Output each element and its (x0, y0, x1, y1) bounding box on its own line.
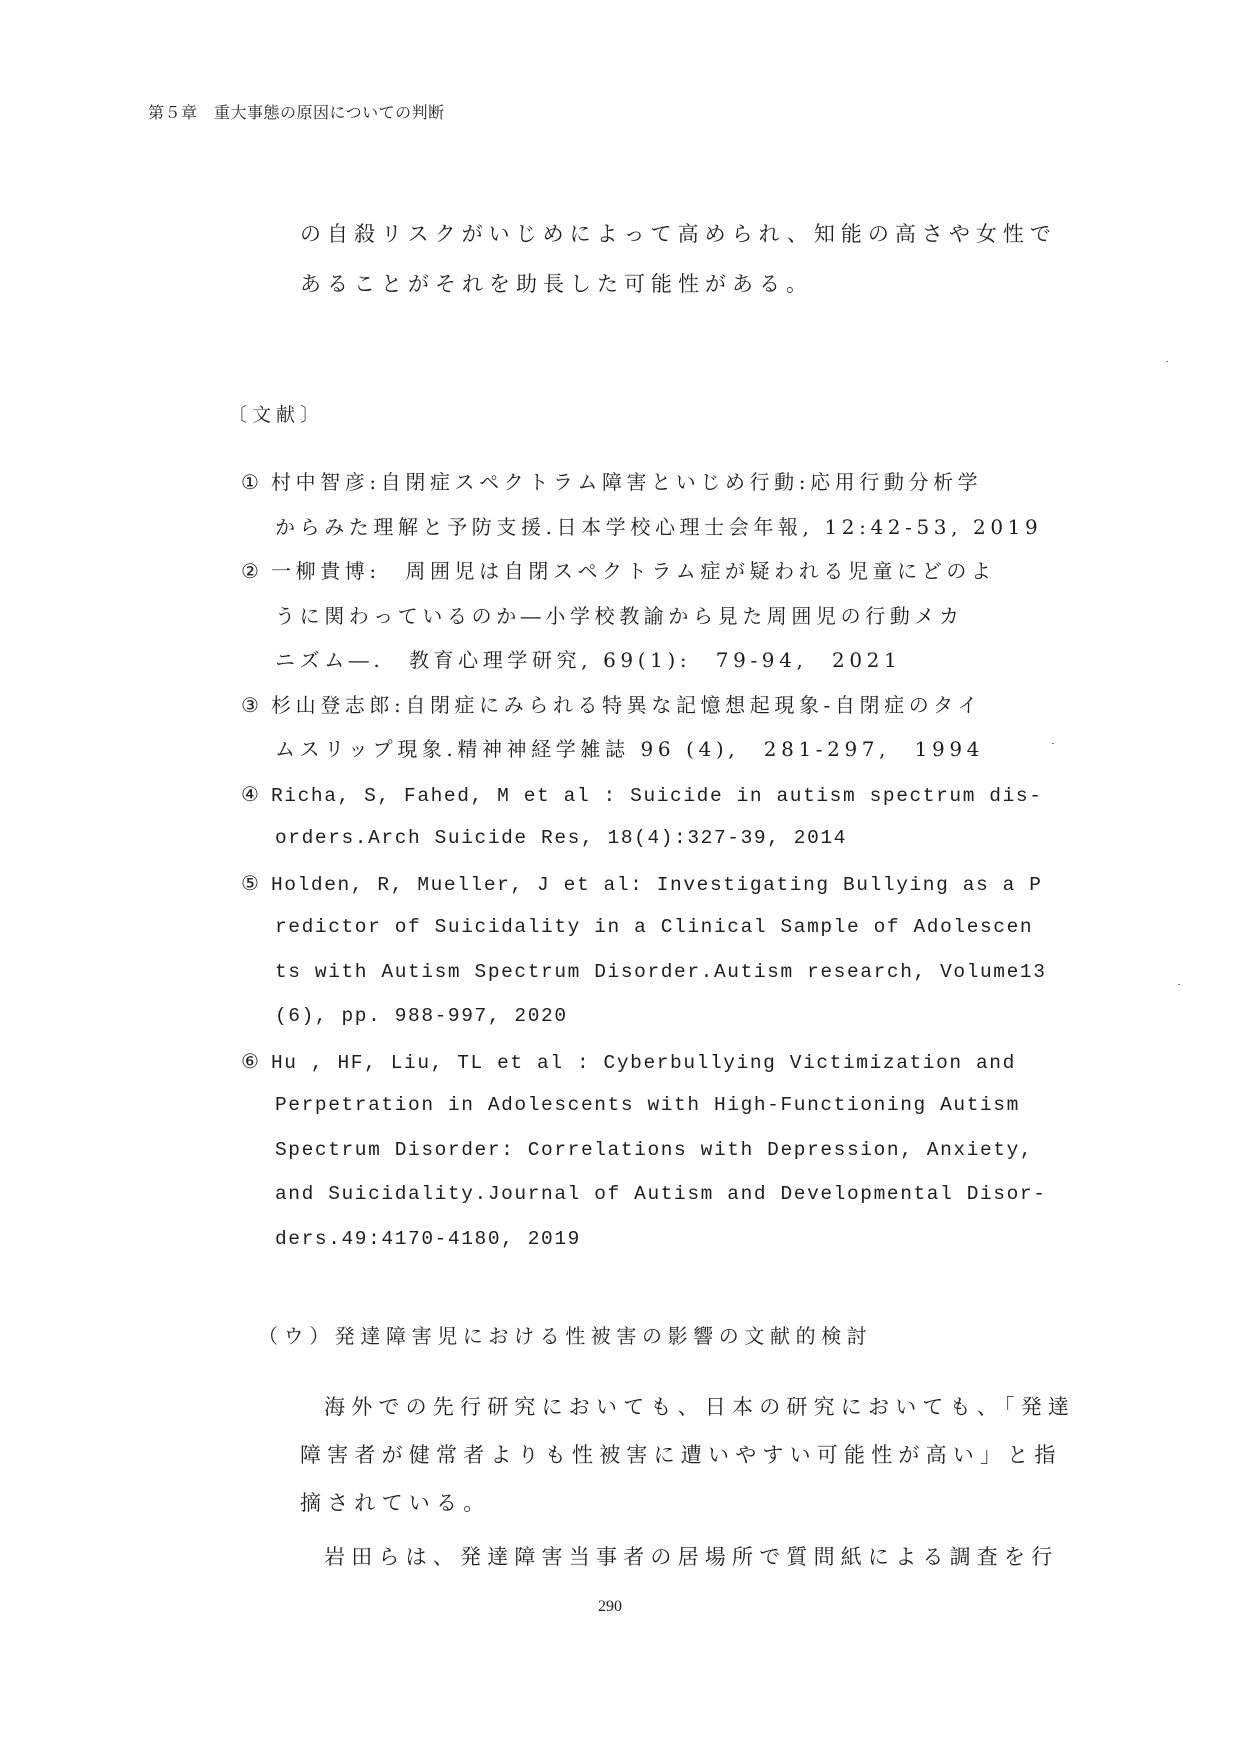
body-line: 摘されている。 (300, 1479, 1060, 1527)
body-line: 障害者が健常者よりも性被害に遭いやすい可能性が高い」と指 (300, 1431, 1060, 1479)
page-number: 290 (598, 1598, 622, 1616)
running-header: 第５章 重大事態の原因についての判断 (148, 100, 445, 123)
reference-item: ⑥Hu , HF, Liu, TL et al : Cyberbullying … (241, 1039, 1051, 1262)
reference-line: ders.49:4170-4180, 2019 (241, 1217, 1051, 1262)
references-heading: 〔文献〕 (228, 400, 324, 427)
reference-line: ②一柳貴博: 周囲児は自閉スペクトラム症が疑われる児童にどのよ (241, 549, 1051, 594)
reference-line: (6), pp. 988-997, 2020 (241, 994, 1051, 1039)
reference-line: からみた理解と予防支援.日本学校心理士会年報, 12:42-53, 2019 (241, 505, 1051, 550)
document-page: 第５章 重大事態の原因についての判断 の自殺リスクがいじめによって高められ、知能… (0, 0, 1239, 1754)
reference-number: ④ (241, 772, 271, 817)
reference-line: ムスリップ現象.精神神経学雑誌 96 (4), 281-297, 1994 (241, 727, 1051, 772)
reference-item: ①村中智彦:自閉症スペクトラム障害といじめ行動:応用行動分析学 からみた理解と予… (241, 460, 1051, 549)
scan-artifact (1052, 743, 1054, 744)
reference-item: ⑤Holden, R, Mueller, J et al: Investigat… (241, 861, 1051, 1039)
intro-paragraph-line-2: あることがそれを助長した可能性がある。 (300, 268, 813, 298)
intro-paragraph-line-1: の自殺リスクがいじめによって高められ、知能の高さや女性で (300, 218, 1057, 248)
reference-line: ③杉山登志郎:自閉症にみられる特異な記憶想起現象-自閉症のタイ (241, 683, 1051, 728)
scan-artifact (1166, 361, 1168, 362)
body-line: 岩田らは、発達障害当事者の居場所で質問紙による調査を行 (300, 1533, 1058, 1581)
reference-item: ④Richa, S, Fahed, M et al : Suicide in a… (241, 772, 1051, 861)
reference-line: ⑥Hu , HF, Liu, TL et al : Cyberbullying … (241, 1039, 1051, 1084)
reference-number: ① (241, 460, 271, 505)
reference-line: ④Richa, S, Fahed, M et al : Suicide in a… (241, 772, 1051, 817)
reference-number: ⑤ (241, 861, 271, 906)
reference-line: redictor of Suicidality in a Clinical Sa… (241, 905, 1051, 950)
reference-item: ②一柳貴博: 周囲児は自閉スペクトラム症が疑われる児童にどのよ うに関わっている… (241, 549, 1051, 683)
reference-line: ⑤Holden, R, Mueller, J et al: Investigat… (241, 861, 1051, 906)
reference-line: Perpetration in Adolescents with High-Fu… (241, 1083, 1051, 1128)
reference-line: ts with Autism Spectrum Disorder.Autism … (241, 950, 1051, 995)
body-paragraph-2: 岩田らは、発達障害当事者の居場所で質問紙による調査を行 (300, 1533, 1058, 1581)
reference-list: ①村中智彦:自閉症スペクトラム障害といじめ行動:応用行動分析学 からみた理解と予… (241, 460, 1051, 1261)
reference-number: ③ (241, 683, 271, 728)
reference-number: ② (241, 549, 271, 594)
subsection-title: （ウ）発達障害児における性被害の影響の文献的検討 (258, 1320, 872, 1349)
body-paragraph-1: 海外での先行研究においても、日本の研究においても、「発達 障害者が健常者よりも性… (300, 1383, 1060, 1527)
reference-line: Spectrum Disorder: Correlations with Dep… (241, 1128, 1051, 1173)
body-line: 海外での先行研究においても、日本の研究においても、「発達 (300, 1383, 1060, 1431)
reference-item: ③杉山登志郎:自閉症にみられる特異な記憶想起現象-自閉症のタイ ムスリップ現象.… (241, 683, 1051, 772)
reference-number: ⑥ (241, 1039, 271, 1084)
reference-line: ①村中智彦:自閉症スペクトラム障害といじめ行動:応用行動分析学 (241, 460, 1051, 505)
reference-line: ニズム―. 教育心理学研究, 69(1): 79-94, 2021 (241, 638, 1051, 683)
reference-line: and Suicidality.Journal of Autism and De… (241, 1172, 1051, 1217)
reference-line: orders.Arch Suicide Res, 18(4):327-39, 2… (241, 816, 1051, 861)
reference-line: うに関わっているのか―小学校教諭から見た周囲児の行動メカ (241, 594, 1051, 639)
scan-artifact (1178, 984, 1180, 985)
